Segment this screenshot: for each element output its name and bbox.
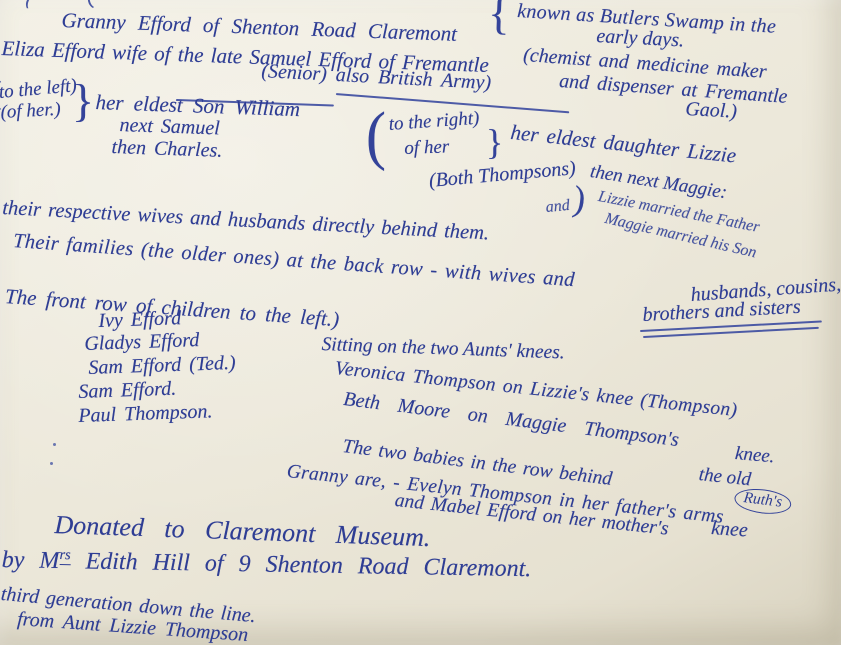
mrs-superscript: rs	[59, 547, 71, 565]
handwritten-note-page: Granny Efford of Shenton Road Claremont …	[0, 0, 841, 645]
line-then-charles: then Charles.	[111, 136, 223, 163]
stray-pen-mark	[23, 0, 43, 14]
paren-and: )	[571, 180, 588, 217]
child-gladys-efford: Gladys Efford	[84, 329, 200, 356]
stray-ink-dot	[53, 443, 56, 446]
word-and: and	[545, 197, 570, 217]
line-donated-museum: Donated to Claremont Museum.	[54, 510, 431, 553]
by-prefix: by M	[2, 547, 60, 574]
brace-sons: }	[72, 78, 94, 124]
stray-ink-dot	[50, 462, 53, 465]
child-paul-thompson: Paul Thompson.	[78, 400, 213, 428]
line-their-families: Their families (the older ones) at the b…	[12, 230, 575, 292]
by-rest: Edith Hill of 9 Shenton Road Claremont.	[85, 548, 531, 582]
child-sam-efford: Sam Efford.	[78, 378, 177, 404]
label-to-the-right: to the right)	[388, 108, 480, 136]
line-gaol: Gaol.)	[685, 98, 738, 124]
word-knee-2: knee	[710, 517, 748, 542]
line-early-days: early days.	[596, 25, 685, 53]
brace-butlers-swamp: {	[487, 0, 511, 37]
child-sam-efford-ted: Sam Efford (Ted.)	[88, 352, 236, 380]
paren-to-the-right: (	[366, 102, 386, 168]
label-of-her-right: of her	[404, 136, 450, 160]
line-by-edith-hill: by Mrs Edith Hill of 9 Shenton Road Clar…	[2, 546, 532, 583]
words-the-old: the old	[698, 464, 752, 491]
brace-of-her: }	[486, 124, 503, 160]
line-both-thompsons: (Both Thompsons)	[428, 157, 577, 193]
label-of-her-left: (of her.)	[0, 99, 61, 124]
circled-ruths: Ruth's	[733, 486, 792, 517]
word-knee-1: knee.	[734, 443, 775, 468]
